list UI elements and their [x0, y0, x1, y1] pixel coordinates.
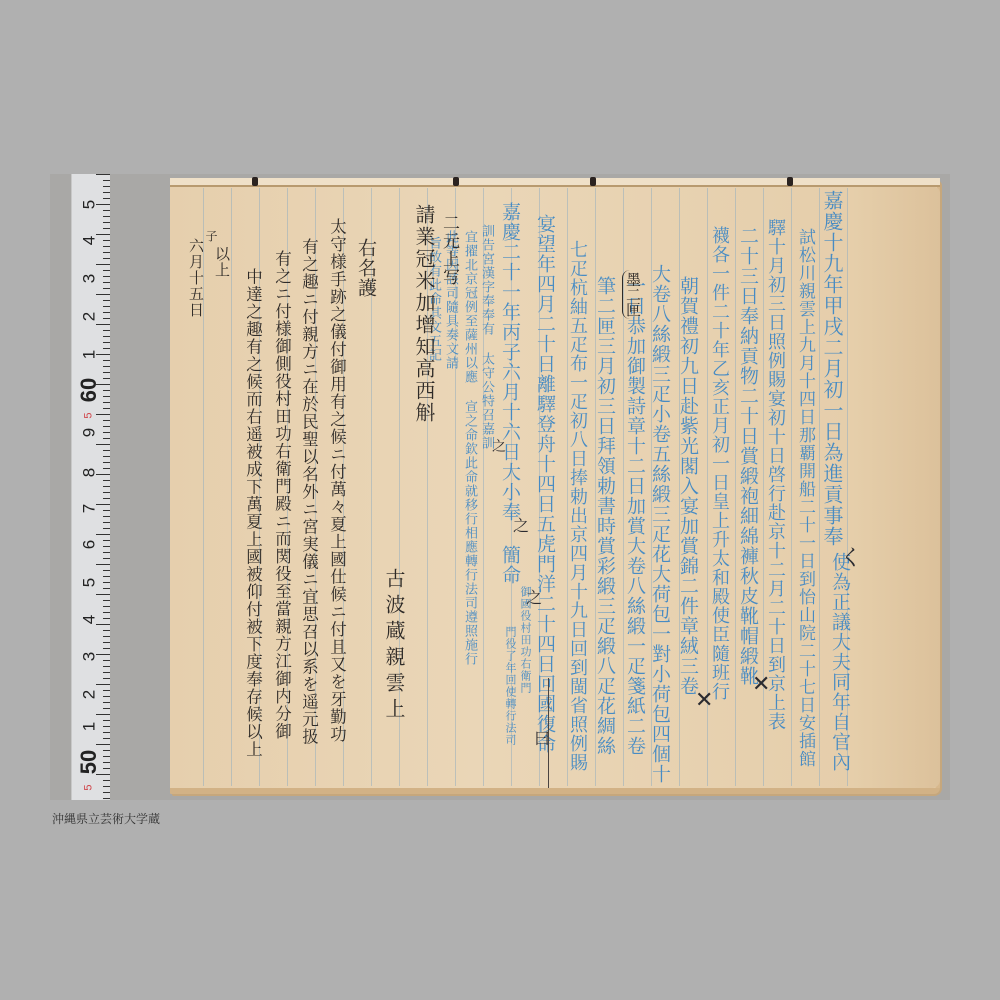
- ink-column: 中達之趣有之候而右遥被成下萬夏上國被仰付被下度奉存候以上: [244, 268, 261, 758]
- ruler-number: 3: [81, 266, 98, 292]
- pencil-column: 襪各一件二十年乙亥正月初一日皇上升太和殿使臣隨班行: [710, 226, 728, 701]
- ink-column: 有之趣ニ付親方ニ在於民聖以名外ニ宮実儀ニ宜思召以系を遥元扱: [300, 238, 317, 746]
- pencil-column: 筆二匣三月初三日拜領勅書時賞彩緞三疋緞八疋花綢絲: [595, 276, 614, 756]
- page-bottom-edge: [170, 788, 940, 794]
- pencil-column: 宴望年四月二十日離驛登舟十四日五虎門洋二十四日回國復命: [535, 214, 554, 754]
- ink-column: 太守様手跡之儀付御用有之候ニ付萬々夏上國仕候ニ付且又を牙勤功: [328, 218, 345, 743]
- ruler-number: 2: [81, 682, 98, 708]
- ink-column: 有之ニ付様御側役村田功右衛門殿ニ而関役至當親方江御内分御: [273, 250, 290, 740]
- ruler-red-mark: 5: [84, 775, 95, 801]
- pencil-column: 訓告宮漢字奉奉有 太守公特召嘉訓: [480, 224, 493, 450]
- ruler-number-major: 60: [78, 377, 100, 403]
- pencil-column: 試松川親雲上九月十四日那覇開船二十一日到怡山院二十七日安插館: [796, 228, 813, 768]
- ruler-number: 4: [81, 607, 98, 633]
- ruler-number: 8: [81, 460, 98, 486]
- pencil-column: 使為正議大夫同年自官內: [830, 552, 849, 772]
- ink-title-column: 請業冠米加增知高西斛: [414, 204, 434, 424]
- correction-mark: 之: [513, 518, 529, 534]
- ruler-number-major: 50: [78, 749, 100, 775]
- ink-signature: 古波蔵親雲上: [384, 568, 404, 724]
- pencil-column: 一日恭加御製詩章十二日加賞大卷八絲緞一疋箋紙二卷: [625, 276, 644, 756]
- correction-mark: く: [840, 548, 862, 570]
- ruler-number: 5: [81, 570, 98, 596]
- ruler-number: 1: [81, 714, 98, 740]
- ruler-number: 2: [81, 304, 98, 330]
- ink-heading-note: 二元上写: [440, 214, 457, 286]
- pencil-column: 七疋杭紬五疋布一疋初八日捧勅出京四月十九日回到閩省照例賜: [568, 240, 586, 772]
- correction-x-mark: ✕: [695, 690, 713, 712]
- ink-closing: 以上: [214, 246, 229, 278]
- pencil-column: 二十三日奉納貢物二十日賞緞袍細綿褲秋皮靴帽緞靴: [738, 226, 757, 686]
- binding-stitch: [590, 177, 596, 186]
- ruler-number: 3: [81, 644, 98, 670]
- ruler-number: 1: [81, 342, 98, 368]
- pencil-column: 嘉慶十九年甲戌二月初一日為進貢事奉: [822, 190, 842, 547]
- collection-caption: 沖縄県立芸術大学蔵: [52, 810, 160, 827]
- pencil-column: 朝賀禮初九日赴紫光閣入宴加賞錦二件章絨三卷: [678, 276, 697, 696]
- bracket-annotation: 墨二匣: [622, 270, 642, 319]
- correction-x-mark: ✕: [752, 674, 770, 696]
- binding-stitch: [453, 177, 459, 186]
- measuring-ruler: 5 4 3 2 1 60 5 9 8 7 6 5 4 3 2 1 50 5: [71, 174, 110, 800]
- ink-date: 六月十五日: [188, 238, 203, 318]
- ink-column: 右名護: [356, 238, 375, 298]
- page-right-margin: [848, 187, 940, 788]
- notebook-page: 嘉慶十九年甲戌二月初一日為進貢事奉 使為正議大夫同年自官內 試松川親雲上九月十四…: [170, 178, 940, 794]
- ink-year: 子: [205, 230, 217, 243]
- binding-stitch: [252, 177, 258, 186]
- ruler-number: 6: [81, 532, 98, 558]
- ruler-number: 4: [81, 228, 98, 254]
- correction-mark: 之: [526, 590, 542, 606]
- pencil-side-note: 門役了年回使轉行法司: [505, 626, 516, 746]
- ruler-major-ticks: [96, 174, 110, 800]
- pencil-column: 大卷八絲緞三疋小卷五絲緞三疋花大荷包一對小荷包四個十: [650, 264, 669, 784]
- correction-mark: 之: [492, 440, 506, 454]
- ruler-number: 9: [81, 420, 98, 446]
- insertion-line: [548, 678, 549, 788]
- pencil-column: 驛十月初三日照例賜宴初十日啓行赴京十二月二十日到京上表: [766, 218, 784, 731]
- page-binding: [170, 178, 940, 187]
- ruler-number: 5: [81, 192, 98, 218]
- pencil-column: 宜擢北京冠例至薩州以應 宣之命欽此命就移行相應轉行法司遵照施行: [463, 230, 476, 666]
- ruler-number: 7: [81, 496, 98, 522]
- binding-stitch: [787, 177, 793, 186]
